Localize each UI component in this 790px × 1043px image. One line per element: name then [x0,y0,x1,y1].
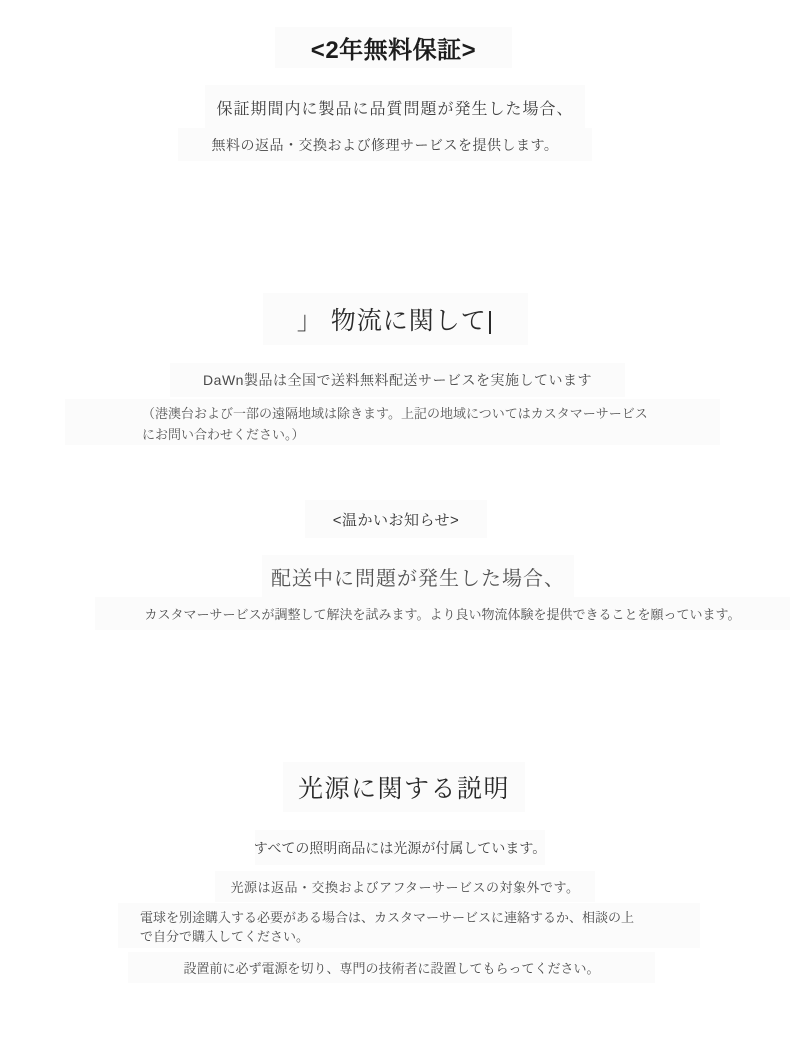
light-source-body-line-4: 設置前に必ず電源を切り、専門の技術者に設置してもらってください。 [128,952,655,983]
logistics-body-line-1: DaWn製品は全国で送料無料配送サービスを実施しています [170,363,625,397]
light-source-body-line-3: 電球を別途購入する必要がある場合は、カスタマーサービスに連絡するか、相談の上で自… [118,903,700,948]
light-source-body-line-3-text: 電球を別途購入する必要がある場合は、カスタマーサービスに連絡するか、相談の上で自… [140,908,638,946]
warranty-title: <2年無料保証> [275,27,512,68]
light-source-title: 光源に関する説明 [283,762,525,812]
logistics-body-line-2: （港澳台および一部の遠隔地域は除きます。上記の地域についてはカスタマーサービスに… [65,399,720,445]
light-source-body-line-1: すべての照明商品には光源が付属しています。 [255,830,545,865]
logistics-body-line-2-text: （港澳台および一部の遠隔地域は除きます。上記の地域についてはカスタマーサービスに… [142,403,652,445]
notice-body-line-2: カスタマーサービスが調整して解決を試みます。より良い物流体験を提供できることを願… [95,597,790,630]
product-description-page: <2年無料保証> 保証期間内に製品に品質問題が発生した場合、 無料の返品・交換お… [0,0,790,1043]
warranty-body-line-2: 無料の返品・交換および修理サービスを提供します。 [178,128,592,161]
notice-title: <温かいお知らせ> [305,500,487,538]
notice-body-line-1: 配送中に問題が発生した場合、 [262,555,574,597]
warranty-body-line-1: 保証期間内に製品に品質問題が発生した場合、 [205,85,585,130]
light-source-body-line-2: 光源は返品・交換およびアフターサービスの対象外です。 [215,871,595,902]
logistics-heading: 」 物流に関して| [263,293,528,345]
